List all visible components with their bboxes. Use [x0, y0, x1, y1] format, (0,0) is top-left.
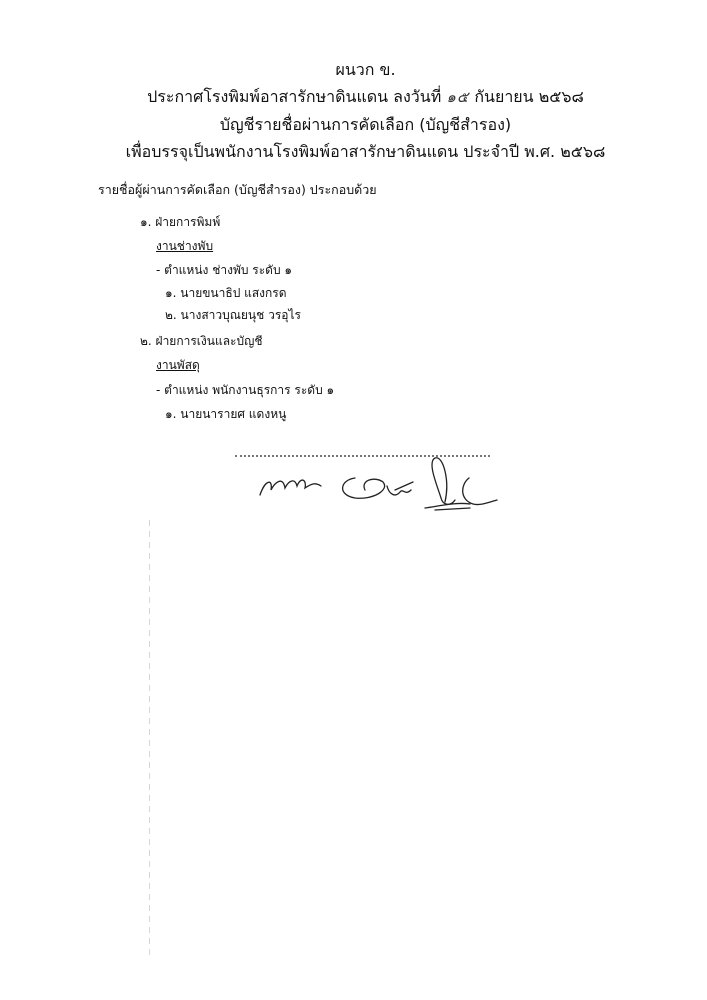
document-page: ผนวก ข. ประกาศโรงพิมพ์อาสารักษาดินแดน ลง… — [0, 0, 707, 1000]
department-title: ๒. ฝ่ายการเงินและบัญชี — [140, 332, 262, 351]
intro-text: รายชื่อผู้ผ่านการคัดเลือก (บัญชีสำรอง) ป… — [98, 180, 377, 200]
signature-1 — [260, 480, 321, 495]
person-item: ๑. นายนารายศ แดงหนู — [165, 405, 286, 424]
purpose-title: เพื่อบรรจุเป็นพนักงานโรงพิมพ์อาสารักษาดิ… — [12, 140, 707, 165]
signature-2 — [343, 478, 413, 498]
handwritten-day: ๑๕ — [446, 88, 469, 106]
section-title: งานพัสดุ — [156, 356, 200, 375]
announcement-line: ประกาศโรงพิมพ์อาสารักษาดินแดน ลงวันที่ ๑… — [12, 85, 707, 110]
position-line: - ตำแหน่ง พนักงานธุรการ ระดับ ๑ — [156, 381, 334, 400]
department-title: ๑. ฝ่ายการพิมพ์ — [140, 213, 220, 232]
handwritten-signatures — [255, 440, 515, 515]
announcement-prefix: ประกาศโรงพิมพ์อาสารักษาดินแดน ลงวันที่ — [147, 87, 441, 106]
person-item: ๑. นายขนาธิป แสงกรด — [165, 284, 287, 303]
announcement-month-year: กันยายน ๒๕๖๘ — [474, 87, 584, 106]
list-title: บัญชีรายชื่อผ่านการคัดเลือก (บัญชีสำรอง) — [12, 113, 707, 138]
signature-3 — [425, 458, 497, 510]
section-title: งานช่างพับ — [156, 237, 213, 256]
scan-artifact-line — [149, 520, 150, 960]
position-line: - ตำแหน่ง ช่างพับ ระดับ ๑ — [156, 261, 292, 280]
person-item: ๒. นางสาวบุณยนุช วรอุไร — [165, 306, 301, 325]
annex-label: ผนวก ข. — [12, 58, 707, 83]
